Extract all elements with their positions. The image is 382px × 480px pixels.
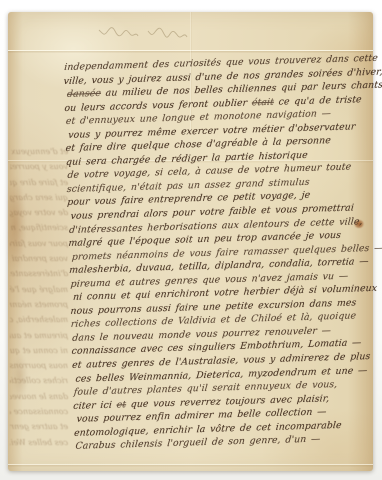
showthrough-line: scientifique, n'était pas un assez grand… — [10, 220, 68, 235]
showthrough-line: de votre voyage, si cela, à cause de vot… — [10, 205, 68, 220]
showthrough-line: et autres genres de l'Australasie, vous … — [10, 419, 68, 434]
showthrough-line: malesherbia, duvaua, tetilla, diplandra,… — [10, 312, 68, 327]
showthrough-line: et faire dire quelque chose d'agréable à… — [10, 175, 68, 190]
showthrough-line: d'intéressantes herborisations aux alent… — [10, 266, 68, 281]
showthrough-line: vous prendrai alors pour votre faible et… — [10, 251, 68, 266]
showthrough-line: nous pourrons aussi faire une petite exc… — [10, 358, 68, 373]
showthrough-line: qui sera chargée de rédiger la partie hi… — [10, 190, 68, 205]
showthrough-line: ni connu et qui enrichiront votre herbie… — [10, 343, 68, 358]
letter-page: et d'ennuyeux une longue et monotone nav… — [8, 12, 373, 471]
showthrough-line: et d'ennuyeux une longue et monotone nav… — [10, 144, 68, 159]
showthrough-line: malgré que l'époque soit un peu trop ava… — [10, 282, 68, 297]
showthrough-line: connaissance avec ces singuliers Embothr… — [10, 404, 68, 419]
showthrough-line: pour vous faire entreprendre ce petit vo… — [10, 236, 68, 251]
verso-showthrough: et d'ennuyeux une longue et monotone nav… — [10, 144, 68, 450]
pencil-inscription-showthrough — [94, 26, 190, 44]
showthrough-line: vous y pourrez même exercer votre métier… — [10, 159, 68, 174]
showthrough-line: ces belles Weinmannia, Dieterica, myzode… — [10, 435, 68, 450]
showthrough-line: dans le nouveau monde vous pourrez renou… — [10, 389, 68, 404]
showthrough-line: promets néanmoins de vous faire ramasser… — [10, 297, 68, 312]
showthrough-line: riches collections de Valdivia et de Chi… — [10, 373, 68, 388]
letter-text: independamment des curiosités que vous t… — [63, 52, 382, 454]
fold-crease-bottom — [8, 464, 373, 467]
showthrough-line: pireuma et autres genres que vous n'avez… — [10, 328, 68, 343]
